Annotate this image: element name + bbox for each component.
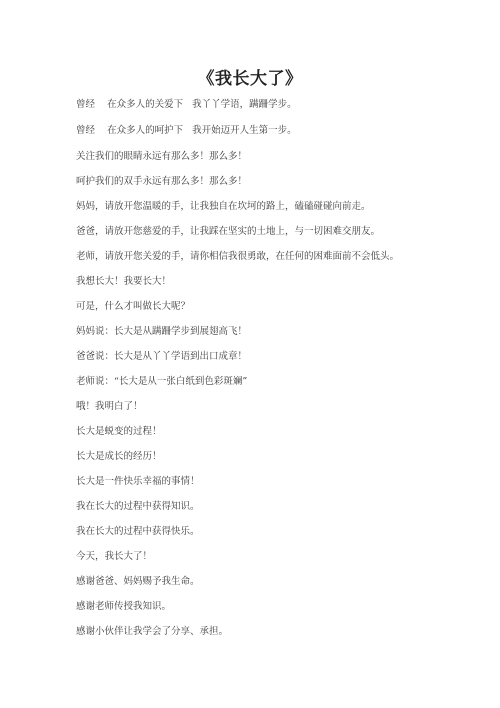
text-line: 我在长大的过程中获得快乐。	[76, 526, 200, 538]
text-line: 感谢老师传授我知识。	[76, 601, 171, 613]
text-line: 感谢爸爸、妈妈赐予我生命。	[76, 576, 200, 588]
text-line: 曾经 在众多人的呵护下 我开始迈开人生第一步。	[76, 125, 297, 137]
text-line: 长大是一件快乐幸福的事情！	[76, 476, 200, 488]
text-line: 我在长大的过程中获得知识。	[76, 501, 200, 513]
text-line: 妈妈，请放开您温暖的手，让我独自在坎坷的路上，磕磕碰碰向前走。	[76, 201, 371, 213]
document-title: 《我长大了》	[0, 64, 500, 89]
text-line: 老师说：“长大是从一张白纸到色彩斑斓”	[76, 376, 247, 388]
text-line: 妈妈说：长大是从蹒跚学步到展翅高飞！	[76, 326, 247, 338]
text-line: 今天，我长大了！	[76, 551, 152, 563]
text-line: 长大是成长的经历！	[76, 451, 162, 463]
text-line: 爸爸说：长大是从丫丫学语到出口成章！	[76, 351, 247, 363]
text-line: 可是，什么才叫做长大呢？	[76, 301, 190, 313]
text-line: 哦！我明白了！	[76, 401, 143, 413]
text-line: 老师，请放开您关爱的手，请你相信我很勇敢，在任何的困难面前不会低头。	[76, 251, 399, 263]
text-line: 曾经 在众多人的关爱下 我丫丫学语，蹒跚学步。	[76, 99, 297, 111]
text-line: 感谢小伙伴让我学会了分享、承担。	[76, 626, 228, 638]
text-line: 爸爸，请放开您慈爱的手，让我踩在坚实的土地上，与一切困难交朋友。	[76, 226, 380, 238]
text-line: 长大是蜕变的过程！	[76, 426, 162, 438]
text-line: 呵护我们的双手永远有那么多！那么多！	[76, 176, 247, 188]
text-line: 关注我们的眼睛永远有那么多！那么多！	[76, 151, 247, 163]
text-line: 我想长大！我要长大！	[76, 276, 171, 288]
